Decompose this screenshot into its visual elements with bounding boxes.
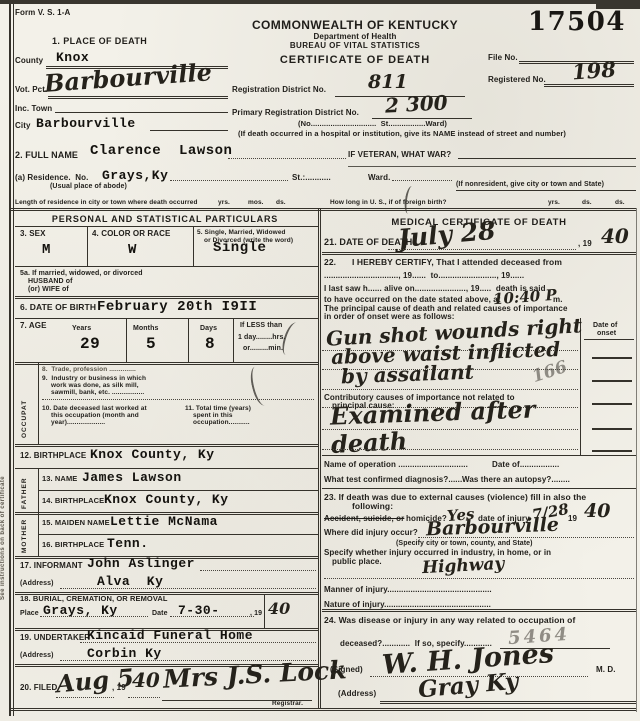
yrs-label: yrs. (218, 199, 230, 206)
how-long-us-label: How long in U. S., if of foreign birth? (330, 199, 447, 206)
file-no-label: File No. (488, 54, 518, 63)
rule (322, 455, 636, 456)
voting-precinct-label: Vot. Pct. (15, 86, 47, 95)
occupation-row-10c: year).................... (51, 419, 105, 426)
cause-of-death-line-3: by assailant (341, 360, 475, 389)
frame-left-inner (13, 4, 14, 716)
primary-registration-label: Primary Registration District No. (232, 109, 359, 118)
father-name-label: 13. NAME (42, 475, 77, 483)
undertaker-address-label: (Address) (20, 652, 54, 660)
dod-year-value: 40 (601, 224, 629, 248)
registration-district-label: Registration District No. (232, 86, 326, 95)
onset-dash (592, 450, 632, 452)
rule (38, 534, 318, 535)
rule (150, 130, 228, 131)
rule (80, 642, 316, 643)
occupation-row-11c: occupation........... (193, 419, 250, 426)
nonresident-note: (If nonresident, give city or town and S… (456, 181, 604, 189)
father-birthplace-label: 14. BIRTHPLACE (42, 497, 104, 505)
rule (322, 609, 636, 612)
occupation-row-9c: sawmill, bank, etc. ................. (51, 389, 144, 396)
age-days-value: 8 (205, 335, 215, 353)
onset-label-1: Date of (593, 322, 617, 330)
primary-registration-value: 2 300 (384, 90, 448, 117)
age-label: 7. AGE (20, 322, 47, 331)
ds-label: ds. (276, 199, 286, 206)
rule (40, 616, 148, 617)
rule (15, 266, 318, 267)
rule (15, 318, 318, 319)
mother-maiden-name-value: Lettie McNama (110, 514, 218, 529)
registered-no-value: 198 (571, 57, 616, 85)
rule (322, 389, 578, 390)
abode-note: (Usual place of abode) (50, 183, 127, 191)
dod-year-prefix: , 19 (578, 240, 592, 249)
form-number: Form V. S. 1-A (15, 9, 70, 18)
burial-date-label: Date (152, 610, 168, 618)
column-divider-2 (320, 208, 321, 708)
rule (544, 84, 634, 87)
rule (458, 158, 636, 159)
informant-address-label: (Address) (20, 580, 54, 588)
residence-value: Grays,Ky (102, 168, 168, 183)
external-causes-label-2: following: (352, 502, 393, 512)
cell-divider (264, 594, 265, 628)
ward-label: Ward. (368, 174, 390, 183)
injury-year-value: 40 (584, 500, 610, 522)
filed-label: 20. FILED (20, 684, 57, 693)
rule (388, 249, 576, 250)
age-years-value: 29 (80, 335, 100, 353)
pen-mark (279, 321, 303, 358)
operation-date-label: Date of................. (492, 461, 559, 470)
if-less-label-2: 1 day........hrs. (238, 334, 285, 342)
cell-divider (193, 226, 194, 266)
pen-mark (247, 365, 272, 408)
bureau-subtitle: BUREAU OF VITAL STATISTICS (230, 42, 480, 51)
occupation-side-label: OCCUPAT (21, 370, 28, 438)
registered-no-label: Registered No. (488, 76, 546, 85)
operation-label: Name of operation ......................… (324, 461, 468, 470)
informant-label: 17. INFORMANT (20, 562, 83, 571)
yrs-label-2: yrs. (548, 199, 560, 206)
full-name-value: Clarence Lawson (90, 143, 232, 159)
registration-district-value: 811 (368, 71, 408, 93)
county-value: Knox (56, 50, 89, 65)
age-days-header: Days (200, 325, 217, 333)
onset-box-border (580, 318, 581, 455)
birthplace-label: 12. BIRTHPLACE (20, 452, 86, 461)
rule (322, 488, 636, 489)
rule (60, 588, 316, 589)
cell-divider (188, 318, 189, 362)
test-label: What test confirmed diagnosis?...... (324, 476, 462, 485)
burial-place-label: Place (20, 610, 39, 618)
inc-town-label: Inc. Town (15, 105, 52, 114)
color-race-label: 4. COLOR OR RACE (92, 230, 171, 239)
county-label: County (15, 57, 43, 66)
street-label: St.:........... (292, 174, 331, 183)
father-birthplace-value: Knox County, Ky (104, 492, 229, 507)
mother-side-label: MOTHER (21, 515, 28, 553)
commonwealth-title: COMMONWEALTH OF KENTUCKY (230, 19, 480, 32)
full-name-label: 2. FULL NAME (15, 150, 78, 160)
rule (55, 112, 228, 113)
rule (200, 570, 316, 571)
certify-number: 22. (324, 258, 336, 268)
undertaker-value: Kincaid Funeral Home (87, 628, 253, 643)
mother-maiden-name-label: 15. MAIDEN NAME (42, 519, 110, 527)
residence-label: (a) Residence. No. (15, 174, 88, 183)
if-less-label-1: If LESS than (240, 322, 282, 330)
rule (15, 226, 318, 227)
registrar-label: Registrar. (272, 700, 303, 707)
physician-address-label: (Address) (338, 690, 376, 699)
rule (170, 616, 254, 617)
father-name-value: James Lawson (82, 470, 182, 485)
age-months-header: Months (133, 325, 158, 333)
certificate-title: CERTIFICATE OF DEATH (230, 54, 480, 66)
length-of-residence-label: Length of residence in city or town wher… (15, 199, 198, 206)
father-side-label: FATHER (21, 471, 28, 509)
rule (392, 180, 452, 181)
filed-year-value: 40 (132, 668, 160, 692)
occupation-row-8: 8. Trade, profession .............. (42, 366, 136, 373)
where-injury-label: Where did injury occur? (324, 529, 418, 538)
rule (48, 96, 228, 99)
column-divider (318, 208, 319, 708)
husband-label-1: 5a. If married, widowed, or divorced (20, 270, 143, 278)
mos-label-2: ds. (582, 199, 592, 206)
injury-year-prefix: 19 (568, 515, 577, 524)
rule (170, 180, 288, 181)
filed-year-prefix: , 19 (112, 684, 126, 693)
rule (56, 697, 114, 698)
autopsy-label: Was there an autopsy?........ (462, 476, 570, 485)
rule (228, 158, 346, 159)
husband-label-2: HUSBAND of (28, 278, 73, 286)
personal-section-title: PERSONAL AND STATISTICAL PARTICULARS (15, 214, 315, 224)
informant-address-value: Alva Ky (97, 574, 163, 589)
contributory-value-1: Examined after (330, 394, 536, 430)
rule (324, 578, 634, 579)
public-place-value: Highway (422, 554, 505, 578)
informant-value: John Aslinger (87, 556, 195, 571)
specify-city-note: (Specify city or town, county, and State… (396, 540, 533, 548)
rule (128, 697, 160, 698)
place-of-death-heading: 1. PLACE OF DEATH (52, 36, 147, 46)
if-less-label-3: or.........min. (243, 345, 283, 353)
burial-year-value: 40 (268, 599, 290, 618)
mother-birthplace-label: 16. BIRTHPLACE (42, 541, 104, 549)
rule (322, 449, 578, 450)
veteran-label: IF VETERAN, WHAT WAR? (348, 151, 451, 160)
frame-right (636, 208, 637, 712)
marital-label-1: 5. Single, Married, Widowed (197, 229, 286, 236)
accident-suicide-struck-label: Accident, suicide, or (324, 515, 404, 524)
rule (348, 166, 636, 167)
onset-label-2: onset (597, 330, 616, 338)
cell-divider (126, 318, 127, 362)
birthplace-value: Knox County, Ky (90, 447, 215, 462)
cell-divider (233, 318, 234, 362)
sex-value: M (42, 242, 51, 258)
marital-value: Single (213, 240, 266, 256)
onset-dash (592, 380, 632, 382)
rule (38, 490, 318, 491)
sex-label: 3. SEX (20, 230, 46, 239)
rule (42, 399, 314, 400)
date-of-birth-value: February 20th I9II (97, 299, 257, 315)
certificate-stamp-number: 17504 (528, 7, 626, 37)
filed-date-value: Aug 5 (55, 663, 135, 699)
hospital-note: (If death occurred in a hospital or inst… (238, 130, 566, 138)
rule (322, 252, 636, 255)
occupation-related-label: 24. Was disease or injury in any way rel… (324, 616, 575, 626)
city-label: City (15, 122, 31, 131)
rule (456, 190, 636, 191)
cell-divider (87, 226, 88, 266)
husband-label-3: (or) WIFE of (28, 286, 69, 294)
scan-edge-top-left (0, 0, 220, 2)
margin-note: See instructions on back of certificate (0, 385, 6, 600)
color-race-value: W (128, 242, 137, 258)
md-label: M. D. (596, 666, 616, 675)
manner-of-injury-label: Manner of injury........................… (324, 586, 492, 595)
mos-label: mos. (248, 199, 264, 206)
rule (418, 537, 634, 538)
age-months-value: 5 (146, 335, 156, 353)
undertaker-address-value: Corbin Ky (87, 646, 162, 661)
burial-year-prefix: , 19 (250, 610, 262, 618)
death-certificate-scan: See instructions on back of certificate … (0, 0, 640, 721)
mother-birthplace-value: Tenn. (107, 536, 149, 551)
certify-line-2: ................................, 19....… (324, 272, 524, 281)
rule (15, 362, 318, 365)
certify-statement: I HEREBY CERTIFY, That I attended deceas… (352, 258, 562, 268)
onset-dash (592, 357, 632, 359)
frame-left-outer (9, 4, 11, 716)
frame-bottom (10, 708, 636, 711)
date-of-birth-label: 6. DATE OF BIRTH (20, 303, 96, 313)
street-ward-line: (No.............................. St....… (298, 120, 447, 128)
age-years-header: Years (72, 325, 91, 333)
specify-where-label-2: public place. (332, 558, 382, 567)
rule (15, 468, 318, 469)
cell-divider (38, 362, 39, 444)
rule (10, 208, 636, 211)
city-value: Barbourville (36, 116, 136, 131)
signed-label: (Signed) (330, 666, 363, 675)
onset-dash (592, 403, 632, 405)
rule (584, 339, 634, 340)
rule (380, 701, 636, 704)
onset-dash (592, 428, 632, 430)
ds-label-2: ds. (615, 199, 625, 206)
